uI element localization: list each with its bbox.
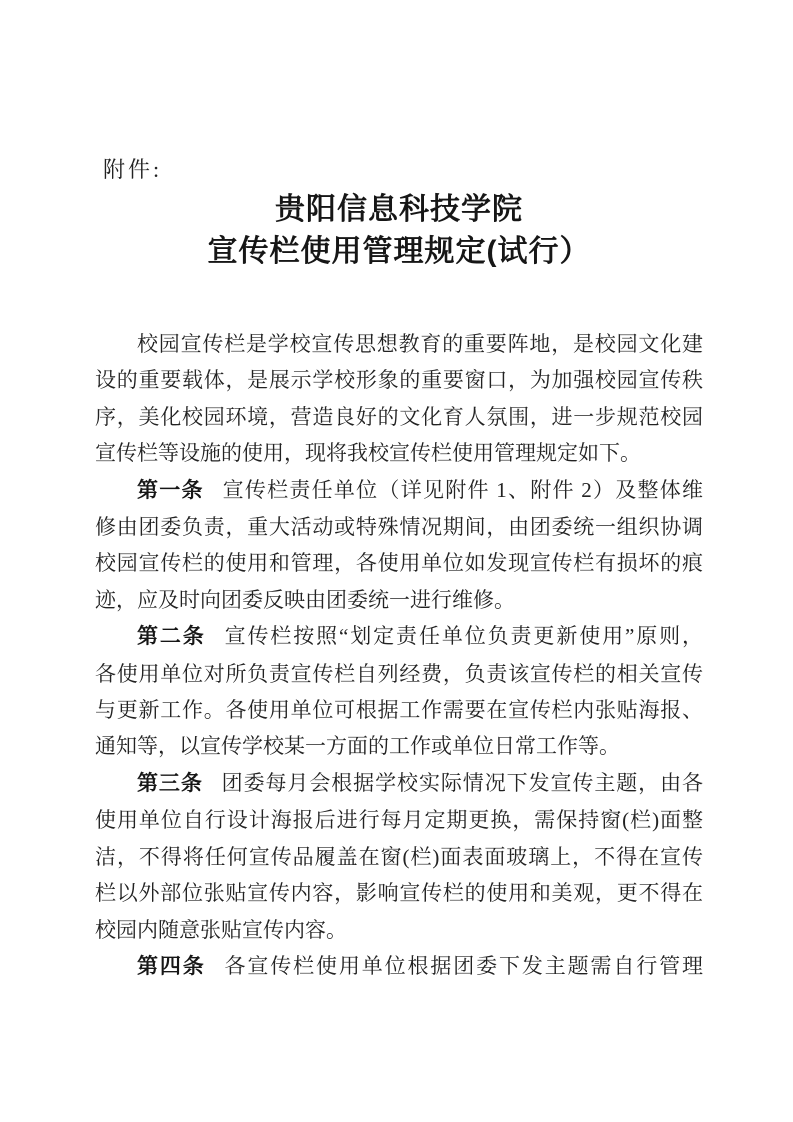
text-line: 与更新工作。各使用单位可根据工作需要在宣传栏内张贴海报、 bbox=[95, 692, 703, 728]
article-4: 第四条各宣传栏使用单位根据团委下发主题需自行管理 bbox=[95, 948, 703, 985]
text-line: 各使用单位对所负责宣传栏自列经费，负责该宣传栏的相关宣传 bbox=[95, 656, 703, 692]
intro-paragraph: 校园宣传栏是学校宣传思想教育的重要阵地，是校园文化建设的重要载体，是展示学校形象… bbox=[95, 326, 703, 472]
article-number: 第三条 bbox=[137, 772, 203, 795]
title-line-2: 宣传栏使用管理规定(试行） bbox=[95, 231, 703, 273]
article-2: 第二条宣传栏按照“划定责任单位负责更新使用”原则，各使用单位对所负责宣传栏自列经… bbox=[95, 618, 703, 765]
article-1: 第一条宣传栏责任单位（详见附件 1、附件 2）及整体维修由团委负责，重大活动或特… bbox=[95, 472, 703, 619]
text-line: 第二条宣传栏按照“划定责任单位负责更新使用”原则， bbox=[95, 618, 703, 655]
text-line: 洁，不得将任何宣传品履盖在窗(栏)面表面玻璃上，不得在宣传 bbox=[95, 839, 703, 875]
document-body: 校园宣传栏是学校宣传思想教育的重要阵地，是校园文化建设的重要载体，是展示学校形象… bbox=[95, 326, 703, 985]
title-line-1: 贵阳信息科技学院 bbox=[95, 189, 703, 231]
text-line: 通知等，以宣传学校某一方面的工作或单位日常工作等。 bbox=[95, 728, 703, 764]
text-line: 校园宣传栏是学校宣传思想教育的重要阵地，是校园文化建 bbox=[95, 326, 703, 362]
text-line: 第四条各宣传栏使用单位根据团委下发主题需自行管理 bbox=[95, 948, 703, 985]
text-line: 栏以外部位张贴宣传内容，影响宣传栏的使用和美观，更不得在 bbox=[95, 875, 703, 911]
text-line: 设的重要载体，是展示学校形象的重要窗口，为加强校园宣传秩 bbox=[95, 362, 703, 398]
document-page: 附件: 贵阳信息科技学院 宣传栏使用管理规定(试行） 校园宣传栏是学校宣传思想教… bbox=[0, 0, 793, 1122]
attachment-label: 附件: bbox=[103, 153, 162, 184]
article-number: 第一条 bbox=[137, 479, 204, 502]
text-line: 第三条团委每月会根据学校实际情况下发宣传主题，由各 bbox=[95, 765, 703, 802]
text-line: 迹，应及时向团委反映由团委统一进行维修。 bbox=[95, 582, 703, 618]
text-line: 校园内随意张贴宣传内容。 bbox=[95, 912, 703, 948]
text-line: 使用单位自行设计海报后进行每月定期更换，需保持窗(栏)面整 bbox=[95, 802, 703, 838]
document-title: 贵阳信息科技学院 宣传栏使用管理规定(试行） bbox=[95, 189, 703, 273]
text-line: 宣传栏等设施的使用，现将我校宣传栏使用管理规定如下。 bbox=[95, 435, 703, 471]
article-3: 第三条团委每月会根据学校实际情况下发宣传主题，由各使用单位自行设计海报后进行每月… bbox=[95, 765, 703, 948]
text-line: 第一条宣传栏责任单位（详见附件 1、附件 2）及整体维 bbox=[95, 472, 703, 509]
text-line: 校园宣传栏的使用和管理，各使用单位如发现宣传栏有损坏的痕 bbox=[95, 545, 703, 581]
text-line: 序，美化校园环境，营造良好的文化育人氛围，进一步规范校园 bbox=[95, 399, 703, 435]
article-number: 第二条 bbox=[137, 625, 206, 648]
article-number: 第四条 bbox=[137, 955, 206, 978]
text-line: 修由团委负责，重大活动或特殊情况期间，由团委统一组织协调 bbox=[95, 509, 703, 545]
